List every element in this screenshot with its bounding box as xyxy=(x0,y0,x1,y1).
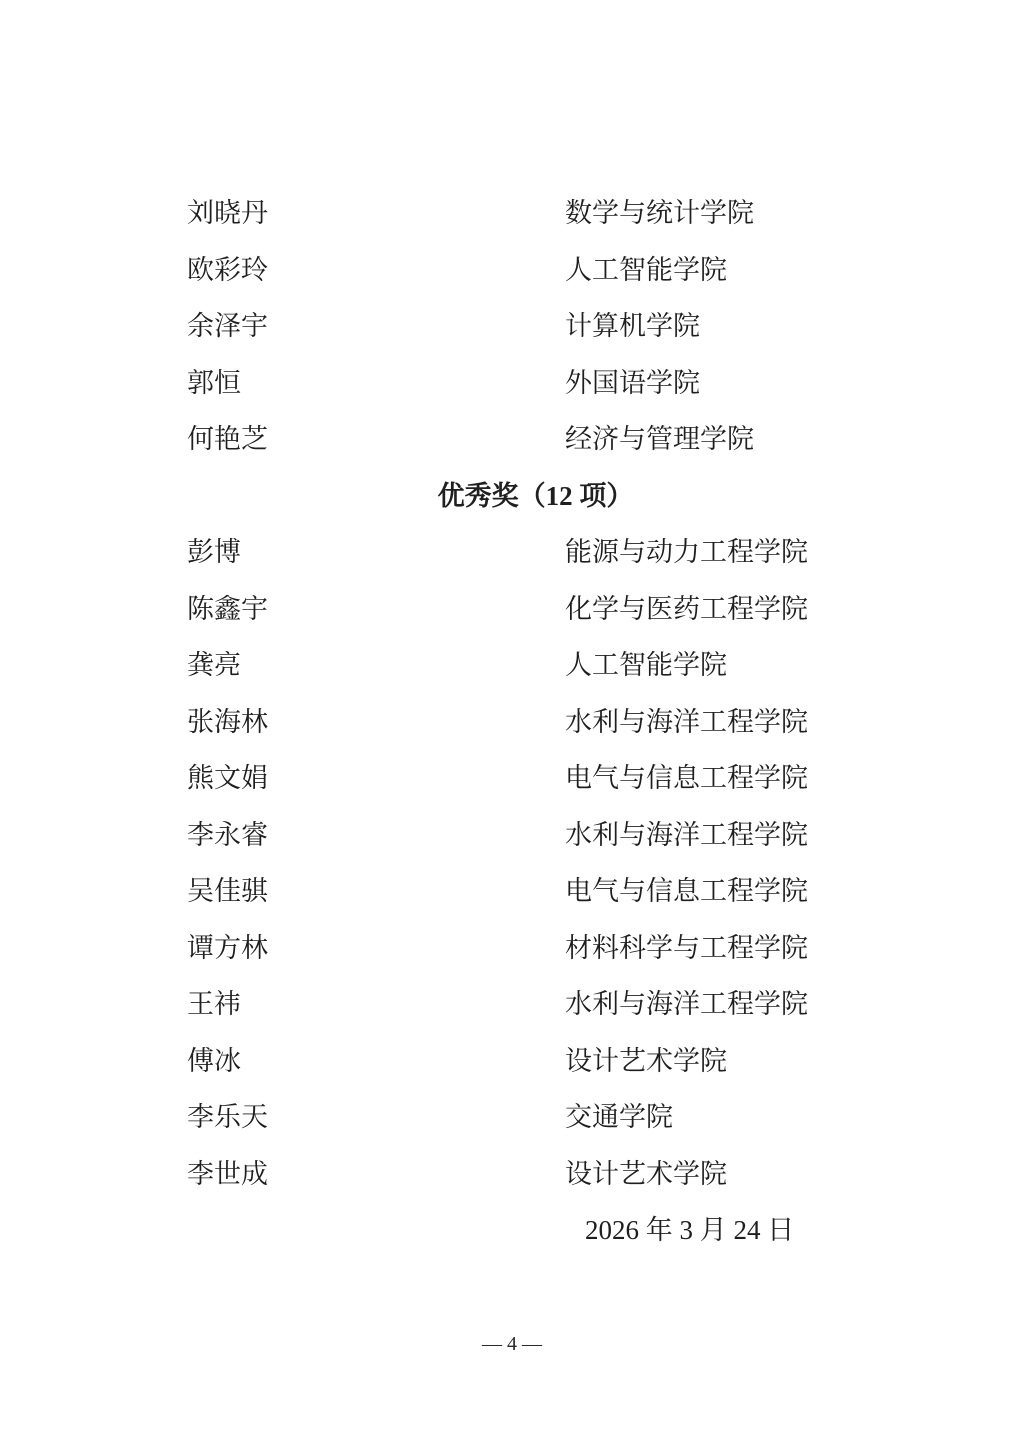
awardee-name: 欧彩玲 xyxy=(187,242,565,299)
award-row: 刘晓丹 数学与统计学院 xyxy=(187,185,884,242)
award-row: 熊文娟 电气与信息工程学院 xyxy=(187,750,884,807)
awardee-college: 数学与统计学院 xyxy=(565,185,884,242)
award-row: 欧彩玲 人工智能学院 xyxy=(187,242,884,299)
page-number: — 4 — xyxy=(0,1334,1024,1354)
date-line: 2026 年 3 月 24 日 xyxy=(187,1202,884,1259)
award-list: 刘晓丹 数学与统计学院 欧彩玲 人工智能学院 余泽宇 计算机学院 郭恒 外国语学… xyxy=(187,185,884,1259)
awardee-name: 张海林 xyxy=(187,694,565,751)
awardee-college: 材料科学与工程学院 xyxy=(565,920,884,977)
awardee-name: 何艳芝 xyxy=(187,411,565,468)
award-row: 李世成 设计艺术学院 xyxy=(187,1146,884,1203)
award-row: 彭博 能源与动力工程学院 xyxy=(187,524,884,581)
awardee-name: 谭方林 xyxy=(187,920,565,977)
awardee-name: 李乐天 xyxy=(187,1089,565,1146)
award-row: 李永睿 水利与海洋工程学院 xyxy=(187,807,884,864)
awardee-college: 化学与医药工程学院 xyxy=(565,581,884,638)
section-heading: 优秀奖（12 项） xyxy=(187,468,884,525)
award-row: 李乐天 交通学院 xyxy=(187,1089,884,1146)
awardee-college: 水利与海洋工程学院 xyxy=(565,976,884,1033)
document-page: 刘晓丹 数学与统计学院 欧彩玲 人工智能学院 余泽宇 计算机学院 郭恒 外国语学… xyxy=(0,0,1024,1448)
awardee-name: 吴佳骐 xyxy=(187,863,565,920)
award-row: 傅冰 设计艺术学院 xyxy=(187,1033,884,1090)
awardee-college: 人工智能学院 xyxy=(565,242,884,299)
award-row: 何艳芝 经济与管理学院 xyxy=(187,411,884,468)
award-row: 龚亮 人工智能学院 xyxy=(187,637,884,694)
awardee-name: 王祎 xyxy=(187,976,565,1033)
award-row: 谭方林 材料科学与工程学院 xyxy=(187,920,884,977)
awardee-college: 人工智能学院 xyxy=(565,637,884,694)
award-row: 张海林 水利与海洋工程学院 xyxy=(187,694,884,751)
awardee-college: 计算机学院 xyxy=(565,298,884,355)
awardee-college: 水利与海洋工程学院 xyxy=(565,807,884,864)
award-row: 郭恒 外国语学院 xyxy=(187,355,884,412)
award-row: 余泽宇 计算机学院 xyxy=(187,298,884,355)
award-row: 王祎 水利与海洋工程学院 xyxy=(187,976,884,1033)
awardee-name: 刘晓丹 xyxy=(187,185,565,242)
awardee-college: 设计艺术学院 xyxy=(565,1033,884,1090)
awardee-college: 外国语学院 xyxy=(565,355,884,412)
awardee-name: 李永睿 xyxy=(187,807,565,864)
awardee-name: 陈鑫宇 xyxy=(187,581,565,638)
awardee-name: 龚亮 xyxy=(187,637,565,694)
awardee-college: 电气与信息工程学院 xyxy=(565,750,884,807)
awardee-college: 水利与海洋工程学院 xyxy=(565,694,884,751)
awardee-college: 设计艺术学院 xyxy=(565,1146,884,1203)
awardee-name: 傅冰 xyxy=(187,1033,565,1090)
awardee-name: 李世成 xyxy=(187,1146,565,1203)
awardee-college: 经济与管理学院 xyxy=(565,411,884,468)
awardee-college: 电气与信息工程学院 xyxy=(565,863,884,920)
award-row: 吴佳骐 电气与信息工程学院 xyxy=(187,863,884,920)
awardee-name: 余泽宇 xyxy=(187,298,565,355)
awardee-name: 郭恒 xyxy=(187,355,565,412)
awardee-name: 彭博 xyxy=(187,524,565,581)
awardee-college: 交通学院 xyxy=(565,1089,884,1146)
award-row: 陈鑫宇 化学与医药工程学院 xyxy=(187,581,884,638)
awardee-college: 能源与动力工程学院 xyxy=(565,524,884,581)
awardee-name: 熊文娟 xyxy=(187,750,565,807)
